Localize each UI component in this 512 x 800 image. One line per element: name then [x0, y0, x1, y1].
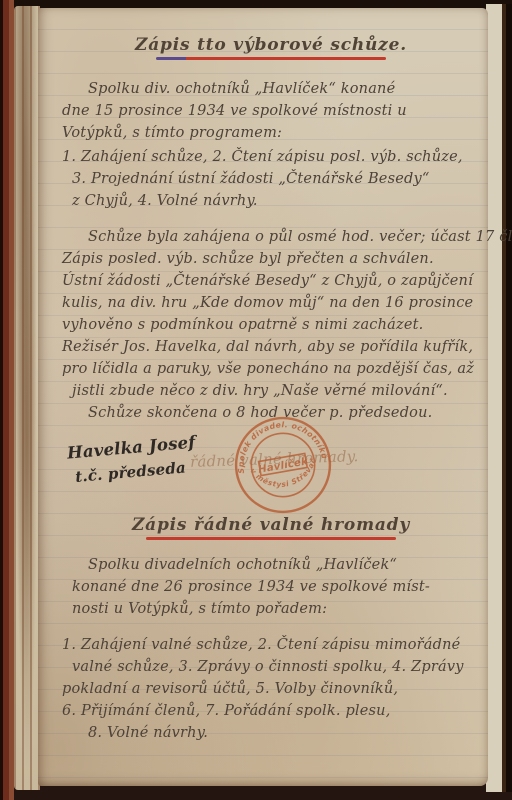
handwritten-line: Spolku div. ochotníků „Havlíček“ konané	[62, 78, 480, 100]
notebook-page: Zápis tto výborové schůze. Spolku div. o…	[38, 8, 488, 786]
handwritten-line: pokladní a revisorů účtů, 5. Volby činov…	[62, 678, 480, 700]
handwritten-line: Votýpků, s tímto programem:	[62, 122, 480, 144]
signature-and-stamp-row: Havelka Josef t.č. předseda řádné valné …	[62, 426, 480, 512]
handwritten-line: valné schůze, 3. Zprávy o činnosti spolk…	[62, 656, 480, 678]
handwritten-line: kulis, na div. hru „Kde domov můj“ na de…	[62, 292, 480, 314]
handwritten-line: pro líčidla a paruky, vše ponecháno na p…	[62, 358, 480, 380]
club-ink-stamp: Spolek divadel. ochotníků v městysi Stře…	[222, 406, 344, 525]
handwritten-line: konané dne 26 prosince 1934 ve spolkové …	[62, 576, 480, 598]
agenda-list-1: 1. Zahájení schůze, 2. Čtení zápisu posl…	[62, 146, 480, 212]
handwritten-line: jistli zbude něco z div. hry „Naše věrné…	[62, 380, 480, 402]
paragraph-intro-2: Spolku divadelních ochotníků „Havlíček“ …	[62, 554, 480, 620]
right-page-edges	[486, 4, 512, 792]
left-page-edges	[14, 6, 40, 790]
paragraph-body-1: Schůze byla zahájena o půl osmé hod. več…	[62, 226, 480, 424]
red-underline	[146, 537, 396, 540]
handwritten-line: nosti u Votýpků, s tímto pořadem:	[62, 598, 480, 620]
handwritten-line: Ústní žádosti „Čtenářské Besedy“ z Chyjů…	[62, 270, 480, 292]
page-content: Zápis tto výborové schůze. Spolku div. o…	[38, 8, 488, 786]
handwritten-line: Schůze byla zahájena o půl osmé hod. več…	[62, 226, 480, 248]
handwritten-line: dne 15 prosince 1934 ve spolkové místnos…	[62, 100, 480, 122]
handwritten-line: 8. Volné návrhy.	[62, 722, 480, 744]
heading-committee-minutes: Zápis tto výborové schůze.	[135, 34, 407, 56]
handwritten-line: vyhověno s podmínkou opatrně s nimi zach…	[62, 314, 480, 336]
book-binding	[0, 0, 14, 800]
handwritten-line: Režisér Jos. Havelka, dal návrh, aby se …	[62, 336, 480, 358]
red-underline	[156, 57, 386, 60]
signature: Havelka Josef t.č. předseda	[66, 430, 199, 489]
handwritten-line: 1. Zahájení schůze, 2. Čtení zápisu posl…	[62, 146, 480, 168]
photo-background: Zápis tto výborové schůze. Spolku div. o…	[0, 0, 512, 800]
agenda-list-2: 1. Zahájení valné schůze, 2. Čtení zápis…	[62, 634, 480, 744]
handwritten-line: Zápis posled. výb. schůze byl přečten a …	[62, 248, 480, 270]
handwritten-line: 1. Zahájení valné schůze, 2. Čtení zápis…	[62, 634, 480, 656]
handwritten-line: Spolku divadelních ochotníků „Havlíček“	[62, 554, 480, 576]
paragraph-intro-1: Spolku div. ochotníků „Havlíček“ konané …	[62, 78, 480, 144]
handwritten-line: 3. Projednání ústní žádosti „Čtenářské B…	[62, 168, 480, 190]
handwritten-line: 6. Přijímání členů, 7. Pořádání spolk. p…	[62, 700, 480, 722]
handwritten-line: z Chyjů, 4. Volné návrhy.	[62, 190, 480, 212]
